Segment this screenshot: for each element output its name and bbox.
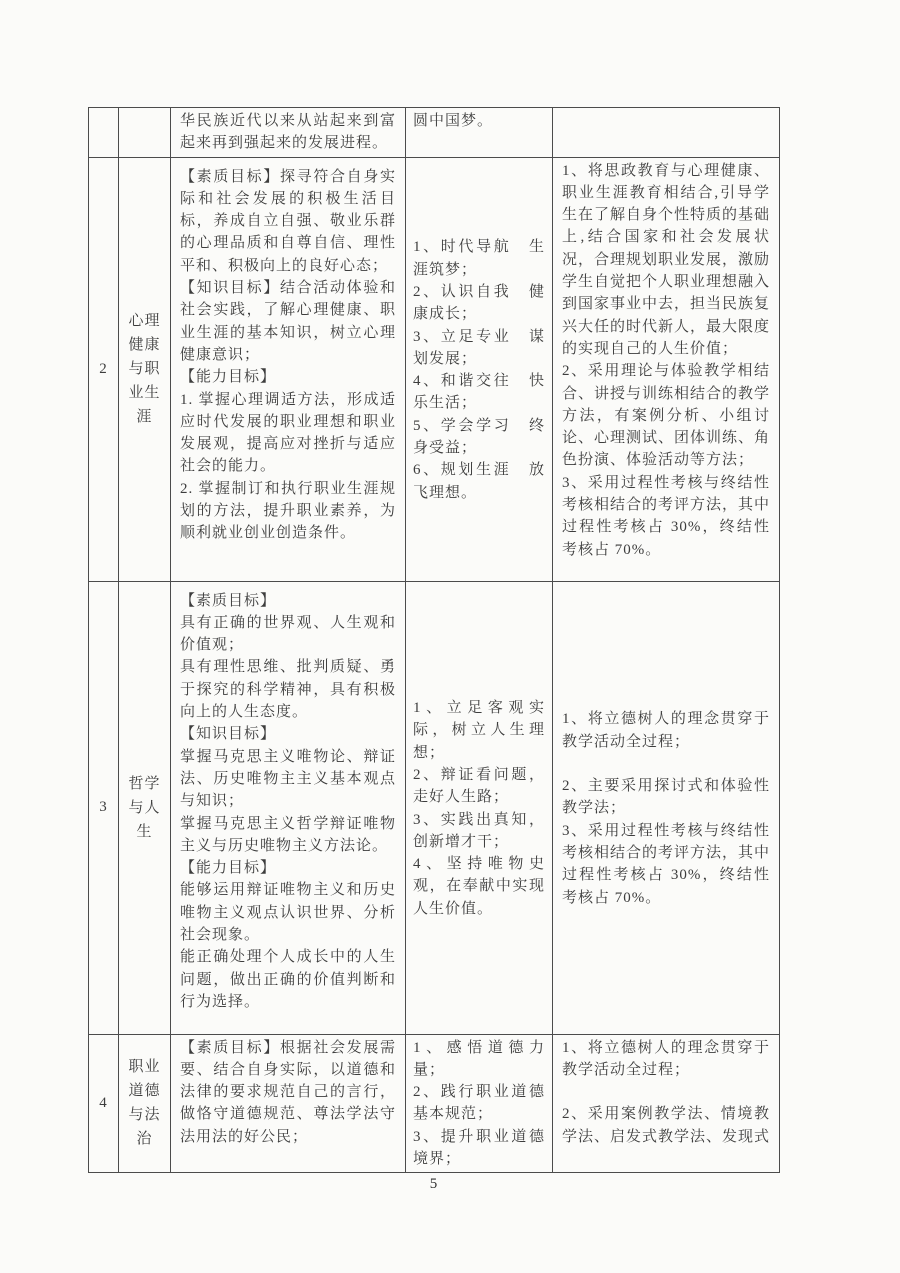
- table-row-philosophy-life: 3 哲学与人生 【素质目标】 具有正确的世界观、人生观和价值观； 具有理性思维、…: [89, 581, 780, 1034]
- document-page: 华民族近代以来从站起来到富起来再到强起来的发展进程。 圆中国梦。 2 心理健康与…: [0, 0, 900, 1273]
- course-name-text: 心理健康与职业生涯: [128, 309, 162, 429]
- objectives-cell: 华民族近代以来从站起来到富起来再到强起来的发展进程。: [171, 108, 406, 158]
- content-text: 1、时代导航 生涯筑梦； 2、认识自我 健康成长； 3、立足专业 谋划发展； 4…: [406, 230, 552, 508]
- content-text: 圆中国梦。: [406, 108, 552, 134]
- methods-cell: 1、将立德树人的理念贯穿于教学活动全过程； 2、主要采用探讨式和体验性教学法； …: [553, 581, 780, 1034]
- objectives-text: 【素质目标】探寻符合自身实际和社会发展的积极生活目标，养成自立自强、敬业乐群的心…: [171, 158, 405, 549]
- content-cell: 1、立足客观实际，树立人生理想； 2、辩证看问题，走好人生路； 3、实践出真知，…: [406, 581, 553, 1034]
- curriculum-table: 华民族近代以来从站起来到富起来再到强起来的发展进程。 圆中国梦。 2 心理健康与…: [88, 107, 780, 1173]
- objectives-text: 华民族近代以来从站起来到富起来再到强起来的发展进程。: [171, 108, 405, 157]
- course-name-cell: 哲学与人生: [119, 581, 171, 1034]
- course-name-text: 职业道德与法治: [128, 1055, 162, 1151]
- row-number-cell: 3: [89, 581, 119, 1034]
- objectives-text: 【素质目标】根据社会发展需要、结合自身实际，以道德和法律的要求规范自己的言行，做…: [171, 1035, 405, 1150]
- objectives-text: 【素质目标】 具有正确的世界观、人生观和价值观； 具有理性思维、批判质疑、勇于探…: [171, 582, 405, 1018]
- table-row-continued: 华民族近代以来从站起来到富起来再到强起来的发展进程。 圆中国梦。: [89, 108, 780, 158]
- course-name-cell: [119, 108, 171, 158]
- methods-cell: 1、将立德树人的理念贯穿于教学活动全过程； 2、采用案例教学法、情境教学法、启发…: [553, 1034, 780, 1173]
- methods-cell: 1、将思政教育与心理健康、职业生涯教育相结合,引导学生在了解自身个性特质的基础上…: [553, 157, 780, 581]
- methods-text: 1、将思政教育与心理健康、职业生涯教育相结合,引导学生在了解自身个性特质的基础上…: [553, 158, 779, 563]
- content-text: 1、立足客观实际，树立人生理想； 2、辩证看问题，走好人生路； 3、实践出真知，…: [406, 691, 552, 924]
- content-cell: 圆中国梦。: [406, 108, 553, 158]
- objectives-cell: 【素质目标】探寻符合自身实际和社会发展的积极生活目标，养成自立自强、敬业乐群的心…: [171, 157, 406, 581]
- objectives-cell: 【素质目标】 具有正确的世界观、人生观和价值观； 具有理性思维、批判质疑、勇于探…: [171, 581, 406, 1034]
- row-number-cell: 4: [89, 1034, 119, 1173]
- course-name-cell: 职业道德与法治: [119, 1034, 171, 1173]
- methods-text: 1、将立德树人的理念贯穿于教学活动全过程； 2、采用案例教学法、情境教学法、启发…: [553, 1035, 779, 1150]
- course-name-cell: 心理健康与职业生涯: [119, 157, 171, 581]
- course-name-text: 哲学与人生: [128, 772, 162, 844]
- page-number: 5: [88, 1176, 779, 1193]
- methods-cell: [553, 108, 780, 158]
- methods-text: 1、将立德树人的理念贯穿于教学活动全过程； 2、主要采用探讨式和体验性教学法； …: [553, 702, 779, 913]
- methods-text: [553, 108, 779, 112]
- content-text: 1、感悟道德力量； 2、践行职业道德基本规范； 3、提升职业道德境界；: [406, 1035, 552, 1173]
- objectives-cell: 【素质目标】根据社会发展需要、结合自身实际，以道德和法律的要求规范自己的言行，做…: [171, 1034, 406, 1173]
- content-cell: 1、感悟道德力量； 2、践行职业道德基本规范； 3、提升职业道德境界；: [406, 1034, 553, 1173]
- content-cell: 1、时代导航 生涯筑梦； 2、认识自我 健康成长； 3、立足专业 谋划发展； 4…: [406, 157, 553, 581]
- table-row-psychology-career: 2 心理健康与职业生涯 【素质目标】探寻符合自身实际和社会发展的积极生活目标，养…: [89, 157, 780, 581]
- row-number-cell: [89, 108, 119, 158]
- table-row-ethics-law: 4 职业道德与法治 【素质目标】根据社会发展需要、结合自身实际，以道德和法律的要…: [89, 1034, 780, 1173]
- row-number-cell: 2: [89, 157, 119, 581]
